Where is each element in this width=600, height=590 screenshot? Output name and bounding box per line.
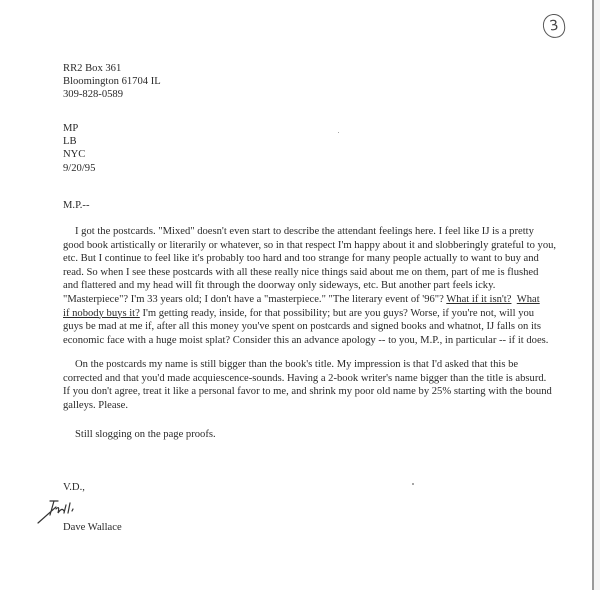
scan-speck [412, 483, 414, 485]
address-line-2: Bloomington 61704 IL [63, 75, 161, 88]
sender-address: RR2 Box 361 Bloomington 61704 IL 309-828… [63, 62, 161, 102]
paragraph-1: I got the postcards. "Mixed" doesn't eve… [63, 225, 593, 347]
paragraph-3: Still slogging on the page proofs. [63, 428, 593, 442]
underlined-question-start: What [517, 294, 540, 305]
recipient-line-3: NYC [63, 148, 95, 161]
recipient-line-1: MP [63, 122, 95, 135]
recipient-block: MP LB NYC 9/20/95 [63, 122, 95, 175]
paragraph-line: economic face with a huge moist splat? C… [63, 334, 593, 348]
paragraph-line: etc. But I continue to feel like it's pr… [63, 252, 593, 266]
paragraph-line: corrected and that you'd made acquiescen… [63, 372, 593, 386]
paragraph-line: guys be mad at me if, after all this mon… [63, 320, 593, 334]
paragraph-2: On the postcards my name is still bigger… [63, 358, 593, 412]
underlined-question: What if it isn't? [446, 294, 511, 305]
signature-name: Dave Wallace [63, 521, 122, 534]
scan-margin [594, 0, 600, 590]
recipient-line-2: LB [63, 135, 95, 148]
page-number-circled: 3 [541, 13, 566, 40]
salutation: M.P.-- [63, 199, 90, 212]
underlined-question-end: if nobody buys it? [63, 308, 140, 319]
paragraph-line: if nobody buys it? I'm getting ready, in… [63, 307, 593, 321]
paragraph-line: I got the postcards. "Mixed" doesn't eve… [63, 225, 593, 239]
address-line-1: RR2 Box 361 [63, 62, 161, 75]
paragraph-line: "Masterpiece"? I'm 33 years old; I don't… [63, 293, 593, 307]
closing: V.D., [63, 481, 85, 494]
paragraph-line: On the postcards my name is still bigger… [63, 358, 593, 372]
text-run: I'm getting ready, inside, for that poss… [140, 308, 534, 319]
letter-date: 9/20/95 [63, 162, 95, 175]
paragraph-line: Still slogging on the page proofs. [63, 428, 593, 442]
paragraph-line: and flattered and my head will fit throu… [63, 279, 593, 293]
paragraph-line: galleys. Please. [63, 399, 593, 413]
paragraph-line: good book artistically or literarily or … [63, 239, 593, 253]
paragraph-line: If you don't agree, treat it like a pers… [63, 385, 593, 399]
scan-speck [338, 132, 339, 133]
text-run: "Masterpiece"? I'm 33 years old; I don't… [63, 294, 446, 305]
phone-number: 309-828-0589 [63, 88, 161, 101]
paragraph-line: read. So when I see these postcards with… [63, 266, 593, 280]
